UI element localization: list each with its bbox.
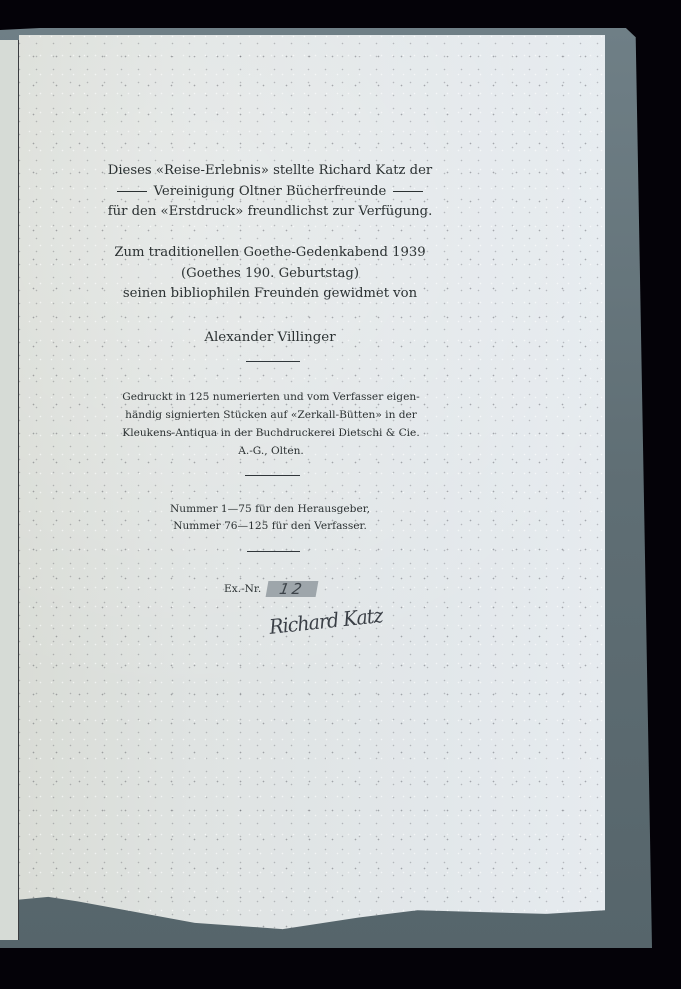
dedication-line-1: Dieses «Reise-Erlebnis» stellte Richard … — [105, 161, 435, 182]
author-signature: Richard Katz — [268, 603, 384, 639]
copy-number-value: 12 — [266, 581, 319, 597]
occasion-line-3: seinen bibliophilen Freunden gewidmet vo… — [105, 284, 435, 305]
dash-ornament — [393, 191, 423, 192]
author-name: Alexander Villinger — [105, 328, 435, 348]
printing-line-3: Kleukens-Antiqua in der Buchdruckerei Di… — [105, 424, 437, 442]
photo-scene: Dieses «Reise-Erlebnis» stellte Richard … — [0, 0, 681, 989]
occasion-line-1: Zum traditionellen Goethe-Gedenkabend 19… — [105, 243, 435, 264]
printing-line-2: händig signierten Stücken auf «Zerkall-B… — [105, 406, 437, 424]
copy-number-label: Ex.-Nr. — [224, 583, 261, 595]
divider-rule — [247, 551, 300, 552]
occasion-paragraph: Zum traditionellen Goethe-Gedenkabend 19… — [105, 243, 435, 305]
society-name: Vereinigung Oltner Bücherfreunde — [154, 184, 387, 199]
facing-page-edge — [0, 40, 19, 940]
dash-ornament — [117, 191, 147, 192]
divider-rule — [246, 361, 300, 362]
numbering-line-1: Nummer 1—75 für den Herausgeber, — [105, 501, 435, 518]
printing-line-4: A.-G., Olten. — [105, 442, 437, 460]
copy-number: Ex.-Nr. 12 — [224, 581, 317, 597]
numbering-line-2: Nummer 76—125 für den Verfasser. — [105, 518, 435, 535]
dedication-line-3: für den «Erstdruck» freundlichst zur Ver… — [105, 202, 435, 223]
occasion-line-2: (Goethes 190. Geburtstag) — [105, 264, 435, 285]
printing-line-1: Gedruckt in 125 numerierten und vom Verf… — [105, 388, 437, 406]
dedication-line-2: Vereinigung Oltner Bücherfreunde — [105, 182, 435, 203]
printing-note: Gedruckt in 125 numerierten und vom Verf… — [105, 388, 437, 460]
numbering-note: Nummer 1—75 für den Herausgeber, Nummer … — [105, 501, 435, 535]
divider-rule — [245, 475, 300, 476]
dedication-paragraph: Dieses «Reise-Erlebnis» stellte Richard … — [105, 161, 435, 223]
book-page: Dieses «Reise-Erlebnis» stellte Richard … — [19, 35, 605, 930]
